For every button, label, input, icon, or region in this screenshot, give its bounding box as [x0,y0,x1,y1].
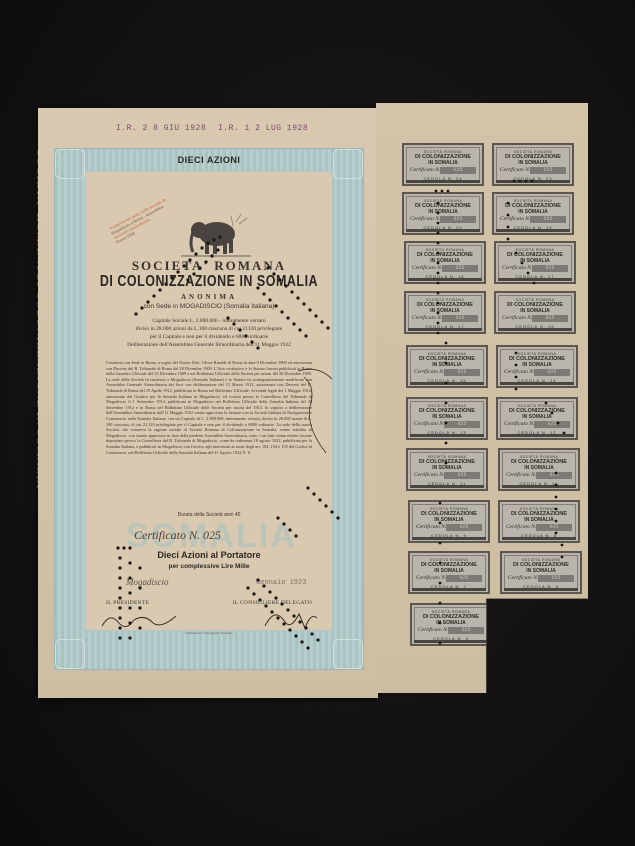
dividend-coupon: SOCIETÀ ROMANADI COLONIZZAZIONEIN SOMALI… [408,500,490,543]
dividend-coupon: SOCIETÀ ROMANADI COLONIZZAZIONEIN SOMALI… [402,143,484,186]
legal-text: Costituita con Sede in Roma, a rogito de… [106,360,312,510]
dividend-coupon: SOCIETÀ ROMANADI COLONIZZAZIONEIN SOMALI… [492,143,574,186]
company-type: ANONIMA [86,293,332,301]
ornamental-border: DIECI AZIONI SOCIETA' ROMANA DI COLONIZZ… [54,148,364,670]
registration-stamp: I.R. 2 8 GIU 1928 [116,124,206,133]
dividend-coupon: SOCIETÀ ROMANADI COLONIZZAZIONEIN SOMALI… [404,291,486,334]
dividend-coupon: SOCIETÀ ROMANADI COLONIZZAZIONEIN SOMALI… [500,551,582,594]
side-signature-icon [296,367,336,457]
corner-ornament-icon [55,639,85,669]
corner-ornament-icon [333,149,363,179]
dividend-coupon: SOCIETÀ ROMANADI COLONIZZAZIONEIN SOMALI… [410,603,492,646]
company-seat: con Sede in MOGADISCIO (Somalia Italiana… [86,303,332,310]
dividend-coupon: SOCIETÀ ROMANADI COLONIZZAZIONEIN SOMALI… [406,397,488,440]
capital-statement: Capitale Sociale L. 2.800.000 - interame… [116,317,302,349]
director-signature-icon [261,604,321,634]
dividend-coupon: SOCIETÀ ROMANADI COLONIZZAZIONEIN SOMALI… [492,192,574,235]
share-count-header: DIECI AZIONI [145,155,273,169]
issue-date: Gennaio 1923 [256,579,306,587]
dividend-coupon: SOCIETÀ ROMANADI COLONIZZAZIONEIN SOMALI… [498,448,580,491]
corner-ornament-icon [55,149,85,179]
dividend-coupon: SOCIETÀ ROMANADI COLONIZZAZIONEIN SOMALI… [494,291,576,334]
printer-imprint: Stabilimento Tipografico Romano [55,631,363,635]
certificate-number: Certificato N. 025 [134,528,221,543]
issue-place: Mogadiscio [126,577,169,587]
elephant-vignette-icon [181,212,251,262]
dividend-coupon: SOCIETÀ ROMANADI COLONIZZAZIONEIN SOMALI… [402,192,484,235]
registration-stamp: I.R. 1 2 LUG 1928 [218,124,308,133]
president-signature-icon [100,608,180,632]
certificate-body: SOCIETA' ROMANA DI COLONIZZAZIONE IN SOM… [85,171,333,631]
dividend-coupon: SOCIETÀ ROMANADI COLONIZZAZIONEIN SOMALI… [496,345,578,388]
corner-ornament-icon [333,639,363,669]
dividend-coupon: SOCIETÀ ROMANADI COLONIZZAZIONEIN SOMALI… [408,551,490,594]
total-value: per complessive Lire Mille [86,563,332,570]
dividend-coupon: SOCIETÀ ROMANADI COLONIZZAZIONEIN SOMALI… [406,345,488,388]
share-certificate: I.R. 2 8 GIU 1928 I.R. 1 2 LUG 1928 DIEC… [38,108,378,698]
dividend-coupon: SOCIETÀ ROMANADI COLONIZZAZIONEIN SOMALI… [494,241,576,284]
dividend-coupon: SOCIETÀ ROMANADI COLONIZZAZIONEIN SOMALI… [496,397,578,440]
dividend-coupon: SOCIETÀ ROMANADI COLONIZZAZIONEIN SOMALI… [406,448,488,491]
shares-description: Dieci Azioni al Portatore [86,550,332,560]
dividend-coupon: SOCIETÀ ROMANADI COLONIZZAZIONEIN SOMALI… [498,500,580,543]
dividend-coupon: SOCIETÀ ROMANADI COLONIZZAZIONEIN SOMALI… [404,241,486,284]
company-name-line2: DI COLONIZZAZIONE IN SOMALIA [86,272,332,290]
dividend-coupon-sheet: SOCIETÀ ROMANADI COLONIZZAZIONEIN SOMALI… [376,103,588,693]
president-signature-label: IL PRESIDENTE [106,600,149,606]
